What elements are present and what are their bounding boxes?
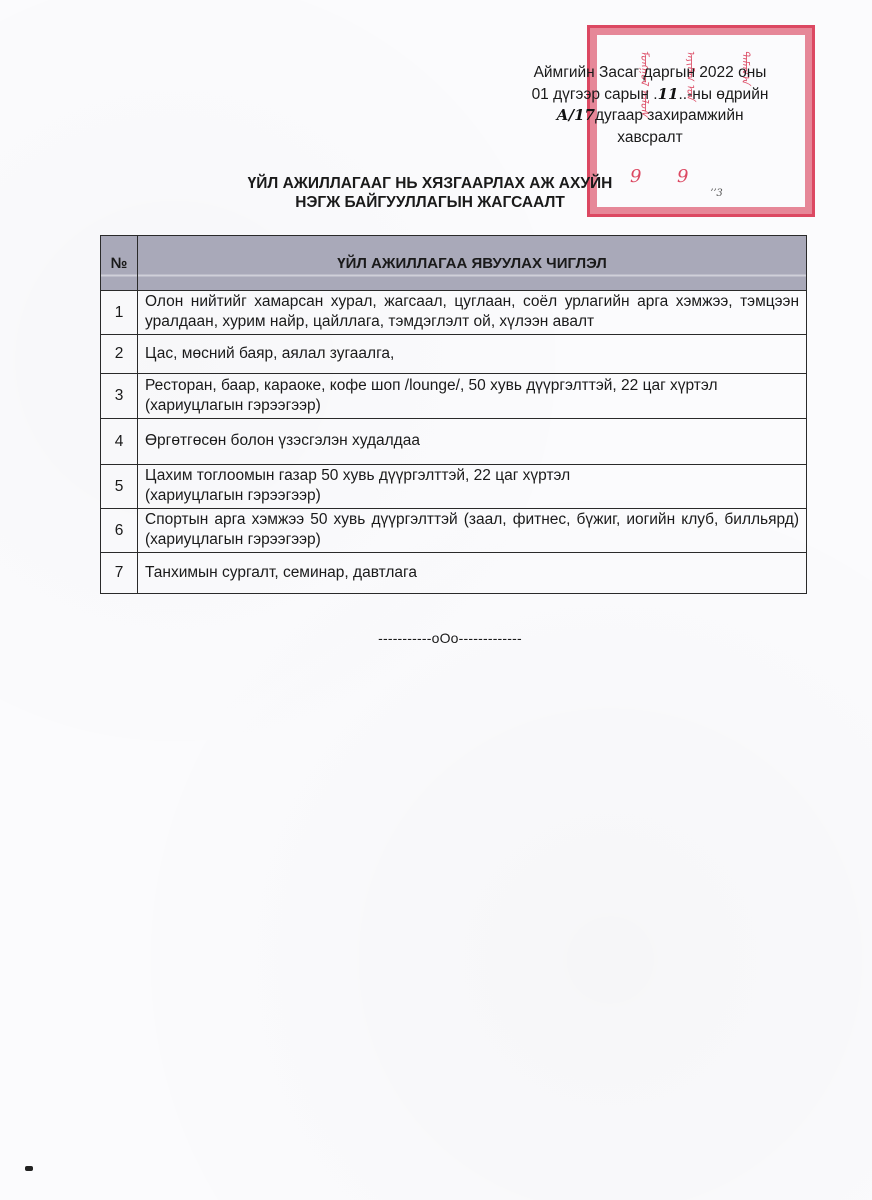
row-text: Цас, мөсний баяр, аялал зугаалга, — [138, 335, 807, 374]
table-row: 6 Спортын арга хэмжээ 50 хувь дүүргэлттэ… — [101, 509, 807, 553]
row-text-line: (хариуцлагын гэрээгээр) — [145, 486, 799, 506]
table-row: 5 Цахим тоглоомын газар 50 хувь дүүргэлт… — [101, 465, 807, 509]
table-row: 7 Танхимын сургалт, семинар, давтлага — [101, 553, 807, 594]
row-text: Ресторан, баар, караоке, кофе шоп /loung… — [138, 374, 807, 419]
row-number: 4 — [101, 419, 138, 465]
title-line-2: НЭГЖ БАЙГУУЛЛАГЫН ЖАГСААЛТ — [180, 193, 680, 212]
row-number: 7 — [101, 553, 138, 594]
handwritten-day: 11 — [658, 85, 679, 103]
row-text: Спортын арга хэмжээ 50 хувь дүүргэлттэй … — [138, 509, 807, 553]
document-title: ҮЙЛ АЖИЛЛАГААГ НЬ ХЯЗГААРЛАХ АЖ АХУЙН НЭ… — [180, 174, 680, 212]
table-row: 3 Ресторан, баар, караоке, кофе шоп /lou… — [101, 374, 807, 419]
scan-speck — [25, 1166, 33, 1171]
annex-date-suffix: ..-ны өдрийн — [678, 86, 768, 103]
annex-line-1: Аймгийн Засаг даргын 2022 оны — [500, 62, 800, 84]
end-of-document-mark: -----------oOo------------- — [340, 630, 560, 646]
table-header-row: № ҮЙЛ АЖИЛЛАГАА ЯВУУЛАХ ЧИГЛЭЛ — [101, 236, 807, 291]
row-text: Цахим тоглоомын газар 50 хувь дүүргэлттэ… — [138, 465, 807, 509]
table-row: 4 Өргөтгөсөн болон үзэсгэлэн худалдаа — [101, 419, 807, 465]
row-text: Танхимын сургалт, семинар, давтлага — [138, 553, 807, 594]
row-number: 3 — [101, 374, 138, 419]
handwritten-order-number: А/17 — [556, 106, 595, 124]
row-text: Олон нийтийг хамарсан хурал, жагсаал, цу… — [138, 291, 807, 335]
annex-line-2: 01 дүгээр сарын .11..-ны өдрийн — [500, 84, 800, 106]
row-text-line: Цахим тоглоомын газар 50 хувь дүүргэлттэ… — [145, 466, 799, 486]
stamp-mark: ʼʼ3 — [710, 188, 723, 199]
row-number: 6 — [101, 509, 138, 553]
title-line-1: ҮЙЛ АЖИЛЛАГААГ НЬ ХЯЗГААРЛАХ АЖ АХУЙН — [180, 174, 680, 193]
table-row: 1 Олон нийтийг хамарсан хурал, жагсаал, … — [101, 291, 807, 335]
column-header-number: № — [101, 236, 138, 291]
row-text: Өргөтгөсөн болон үзэсгэлэн худалдаа — [138, 419, 807, 465]
row-number: 1 — [101, 291, 138, 335]
annex-order-suffix: дугаар захирамжийн — [595, 107, 744, 124]
restrictions-table: № ҮЙЛ АЖИЛЛАГАА ЯВУУЛАХ ЧИГЛЭЛ 1 Олон ни… — [100, 235, 807, 594]
annex-line-4: хавсралт — [500, 127, 800, 149]
annex-date-prefix: 01 дүгээр сарын . — [532, 86, 658, 103]
annex-line-3: А/17дугаар захирамжийн — [500, 105, 800, 127]
row-number: 5 — [101, 465, 138, 509]
column-header-activity: ҮЙЛ АЖИЛЛАГАА ЯВУУЛАХ ЧИГЛЭЛ — [138, 236, 807, 291]
table-row: 2 Цас, мөсний баяр, аялал зугаалга, — [101, 335, 807, 374]
row-number: 2 — [101, 335, 138, 374]
annex-header: Аймгийн Засаг даргын 2022 оны 01 дүгээр … — [500, 62, 800, 148]
